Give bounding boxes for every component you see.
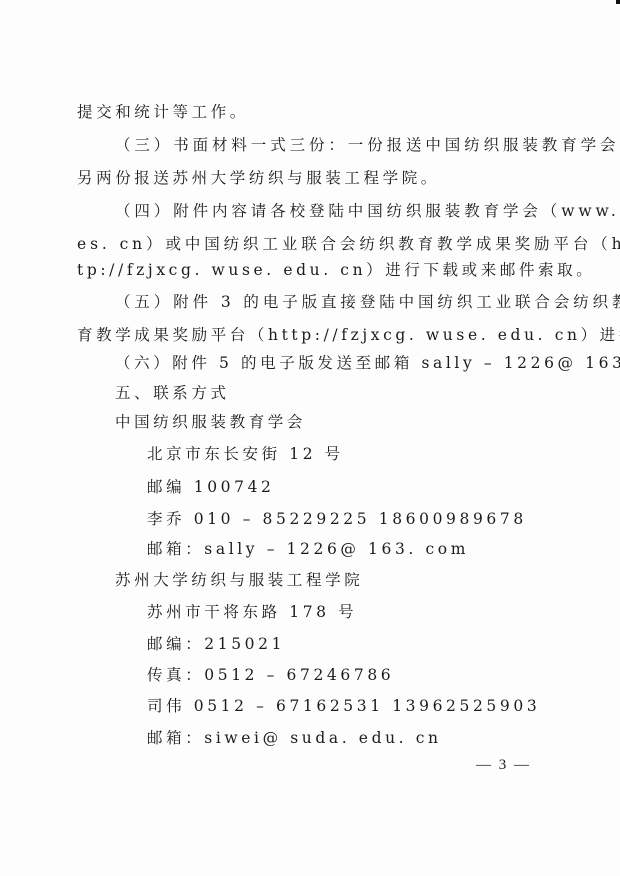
contact-email: 邮箱：siwei@ suda. edu. cn — [147, 729, 442, 747]
paragraph-3-line-1: （三）书面材料一式三份：一份报送中国纺织服装教育学会， — [115, 136, 620, 154]
page-number: — 3 — — [476, 757, 531, 774]
contact-email: 邮箱：sally – 1226@ 163. com — [147, 540, 469, 558]
contact-postcode: 邮编：215021 — [147, 635, 285, 653]
contact-fax: 传真：0512 – 67246786 — [147, 666, 394, 684]
contact-address: 北京市东长安街 12 号 — [147, 445, 344, 463]
contact-address: 苏州市干将东路 178 号 — [147, 603, 357, 621]
scan-corner-mark — [616, 0, 620, 4]
paragraph-6-line-1: （六）附件 5 的电子版发送至邮箱 sally – 1226@ 163. com… — [115, 354, 620, 372]
contact-organization: 苏州大学纺织与服装工程学院 — [115, 571, 363, 589]
paragraph-4-line-2: es. cn）或中国纺织工业联合会纺织教育教学成果奖励平台（ht- — [77, 235, 620, 253]
paragraph-line: 提交和统计等工作。 — [77, 103, 249, 121]
section-heading: 五、联系方式 — [115, 384, 230, 402]
paragraph-5-line-1: （五）附件 3 的电子版直接登陆中国纺织工业联合会纺织教 — [115, 293, 620, 311]
contact-organization: 中国纺织服装教育学会 — [115, 413, 306, 431]
contact-phone: 司伟 0512 – 67162531 13962525903 — [147, 697, 540, 715]
paragraph-4-line-3: tp://fzjxcg. wuse. edu. cn）进行下载或来邮件索取。 — [77, 261, 595, 279]
paragraph-5-line-2: 育教学成果奖励平台（http://fzjxcg. wuse. edu. cn）进… — [77, 326, 620, 344]
paragraph-4-line-1: （四）附件内容请各校登陆中国纺织服装教育学会（www. ct- — [115, 202, 620, 220]
contact-phone: 李乔 010 – 85229225 18600989678 — [147, 510, 527, 528]
contact-postcode: 邮编 100742 — [147, 478, 275, 496]
paragraph-3-line-2: 另两份报送苏州大学纺织与服装工程学院。 — [77, 169, 440, 187]
